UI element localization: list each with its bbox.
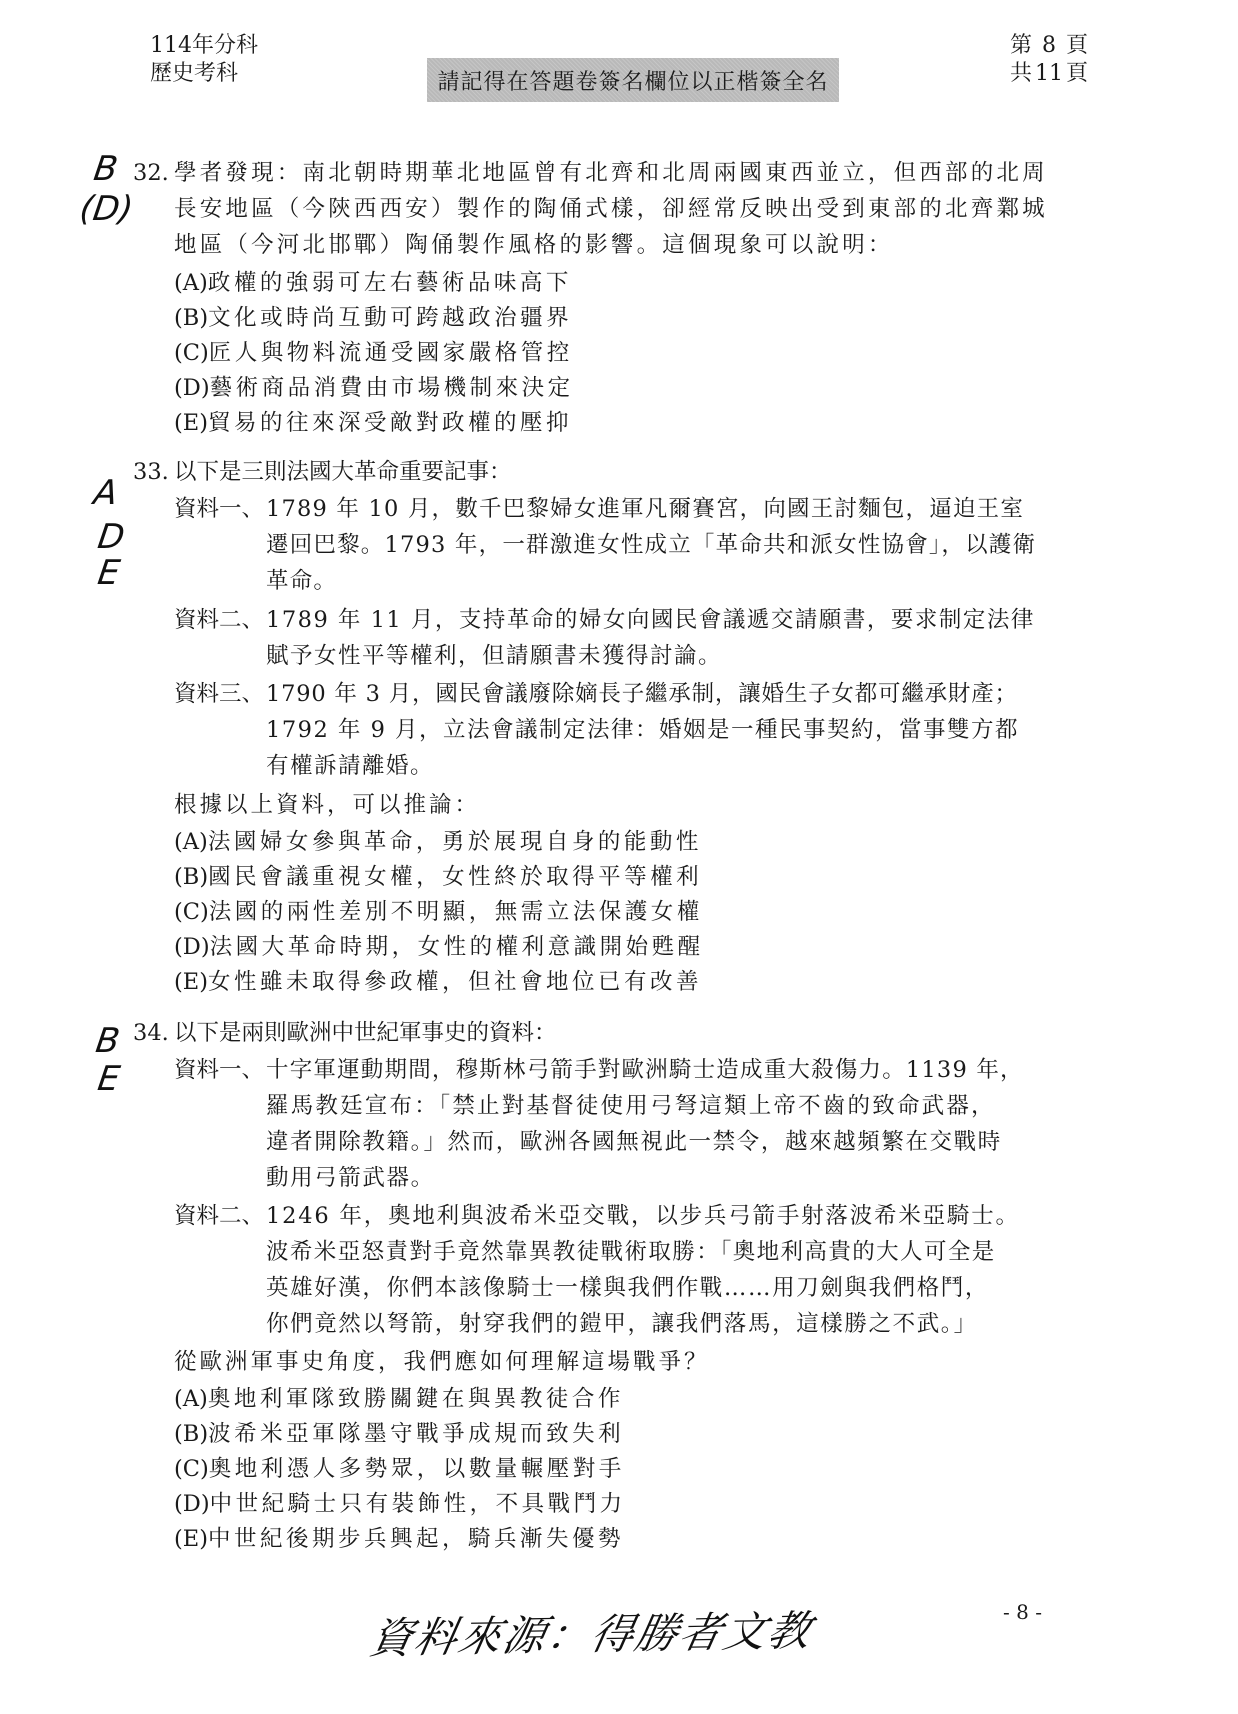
- option-c[interactable]: (C)法國的兩性差別不明顯，無需立法保護女權: [174, 897, 703, 927]
- source-text: 1790 年 3 月，國民會議廢除嫡長子繼承制，讓婚生子女都可繼承財產；: [266, 679, 1018, 709]
- option-d[interactable]: (D)藝術商品消費由市場機制來決定: [174, 373, 574, 403]
- source-label: 資料二、: [174, 605, 264, 635]
- source-text: 羅馬教廷宣布：「禁止對基督徒使用弓弩這類上帝不齒的致命武器，: [266, 1091, 996, 1121]
- question-stem: 長安地區（今陝西西安）製作的陶俑式樣，卻經常反映出受到東部的北齊鄴城: [174, 194, 1048, 224]
- page-number: - 8 -: [1003, 1600, 1042, 1624]
- handwritten-source-note: 資料來源：得勝者文教: [365, 1598, 818, 1666]
- handwritten-answer: E: [96, 1062, 122, 1096]
- exam-year: 114年分科: [150, 32, 258, 60]
- source-text: 有權訴請離婚。: [266, 751, 434, 781]
- source-text: 1792 年 9 月，立法會議制定法律：婚姻是一種民事契約，當事雙方都: [266, 715, 1019, 745]
- option-a[interactable]: (A)奧地利軍隊致勝關鍵在與異教徒合作: [174, 1384, 624, 1414]
- source-text: 遷回巴黎。1793 年，一群激進女性成立「革命共和派女性協會」，以護衛: [266, 530, 1036, 560]
- exam-subject: 歷史考科: [150, 60, 258, 88]
- question-number: 33.: [133, 457, 169, 487]
- option-c[interactable]: (C)奧地利憑人多勢眾，以數量輾壓對手: [174, 1454, 625, 1484]
- option-b[interactable]: (B)文化或時尚互動可跨越政治疆界: [174, 303, 572, 333]
- signature-reminder-banner: 請記得在答題卷簽名欄位以正楷簽全名: [427, 58, 839, 102]
- handwritten-answer: D: [96, 520, 127, 554]
- question-stem: 學者發現：南北朝時期華北地區曾有北齊和北周兩國東西並立，但西部的北周: [174, 158, 1048, 188]
- page-indicator: 第8頁 共11頁: [1010, 32, 1088, 88]
- handwritten-answer: B: [92, 152, 120, 186]
- question-number: 34.: [133, 1018, 169, 1048]
- source-label: 資料一、: [174, 494, 264, 524]
- exam-page: 114年分科 歷史考科 請記得在答題卷簽名欄位以正楷簽全名 第8頁 共11頁 B…: [0, 0, 1238, 1714]
- option-e[interactable]: (E)女性雖未取得參政權，但社會地位已有改善: [174, 967, 702, 997]
- source-text: 1789 年 11 月，支持革命的婦女向國民會議遞交請願書，要求制定法律: [266, 605, 1035, 635]
- option-a[interactable]: (A)政權的強弱可左右藝術品味高下: [174, 268, 572, 298]
- handwritten-answer: E: [96, 556, 122, 590]
- current-page: 第8頁: [1010, 32, 1088, 60]
- option-c[interactable]: (C)匠人與物料流通受國家嚴格管控: [174, 338, 573, 368]
- source-label: 資料二、: [174, 1201, 264, 1231]
- source-text: 1789 年 10 月，數千巴黎婦女進軍凡爾賽宮，向國王討麵包，逼迫王室: [266, 494, 1024, 524]
- source-text: 英雄好漢，你們本該像騎士一樣與我們作戰……用刀劍與我們格鬥，: [266, 1273, 989, 1303]
- question-stem: 以下是三則法國大革命重要記事：: [174, 457, 512, 487]
- total-page-number: 11: [1032, 60, 1066, 88]
- source-text: 革命。: [266, 566, 337, 596]
- banner-text: 請記得在答題卷簽名欄位以正楷簽全名: [437, 65, 828, 96]
- option-d[interactable]: (D)法國大革命時期，女性的權利意識開始甦醒: [174, 932, 704, 962]
- source-label: 資料三、: [174, 679, 264, 709]
- question-stem: 以下是兩則歐洲中世紀軍事史的資料：: [174, 1018, 557, 1048]
- question-prompt: 根據以上資料，可以推論：: [174, 790, 480, 820]
- handwritten-answer: A: [92, 476, 120, 510]
- source-text: 波希米亞怒責對手竟然靠異教徒戰術取勝：「奧地利高貴的大人可全是: [266, 1237, 996, 1267]
- source-label: 資料一、: [174, 1055, 264, 1085]
- question-stem: 地區（今河北邯鄲）陶俑製作風格的影響。這個現象可以說明：: [174, 230, 894, 260]
- source-text: 動用弓箭武器。: [266, 1163, 435, 1193]
- source-text: 十字軍運動期間，穆斯林弓箭手對歐洲騎士造成重大殺傷力。1139 年，: [266, 1055, 1024, 1085]
- handwritten-answer: (D): [78, 192, 135, 226]
- source-text: 賦予女性平等權利，但請願書未獲得討論。: [266, 641, 722, 671]
- option-e[interactable]: (E)中世紀後期步兵興起，騎兵漸失優勢: [174, 1524, 624, 1554]
- option-e[interactable]: (E)貿易的往來深受敵對政權的壓抑: [174, 408, 572, 438]
- total-pages: 共11頁: [1010, 60, 1088, 88]
- source-text: 1246 年，奧地利與波希米亞交戰，以步兵弓箭手射落波希米亞騎士。: [266, 1201, 1020, 1231]
- question-number: 32.: [133, 158, 169, 188]
- option-a[interactable]: (A)法國婦女參與革命，勇於展現自身的能動性: [174, 827, 702, 857]
- option-b[interactable]: (B)波希米亞軍隊墨守戰爭成規而致失利: [174, 1419, 624, 1449]
- current-page-number: 8: [1032, 32, 1066, 60]
- source-text: 你們竟然以弩箭，射穿我們的鎧甲，讓我們落馬，這樣勝之不武。」: [266, 1309, 978, 1339]
- source-text: 違者開除教籍。」然而，歐洲各國無視此一禁令，越來越頻繁在交戰時: [266, 1127, 1002, 1157]
- option-d[interactable]: (D)中世紀騎士只有裝飾性，不具戰鬥力: [174, 1489, 626, 1519]
- option-b[interactable]: (B)國民會議重視女權，女性終於取得平等權利: [174, 862, 702, 892]
- handwritten-answer: B: [94, 1024, 122, 1058]
- question-prompt: 從歐洲軍事史角度，我們應如何理解這場戰爭？: [174, 1347, 710, 1377]
- exam-info: 114年分科 歷史考科: [150, 32, 258, 88]
